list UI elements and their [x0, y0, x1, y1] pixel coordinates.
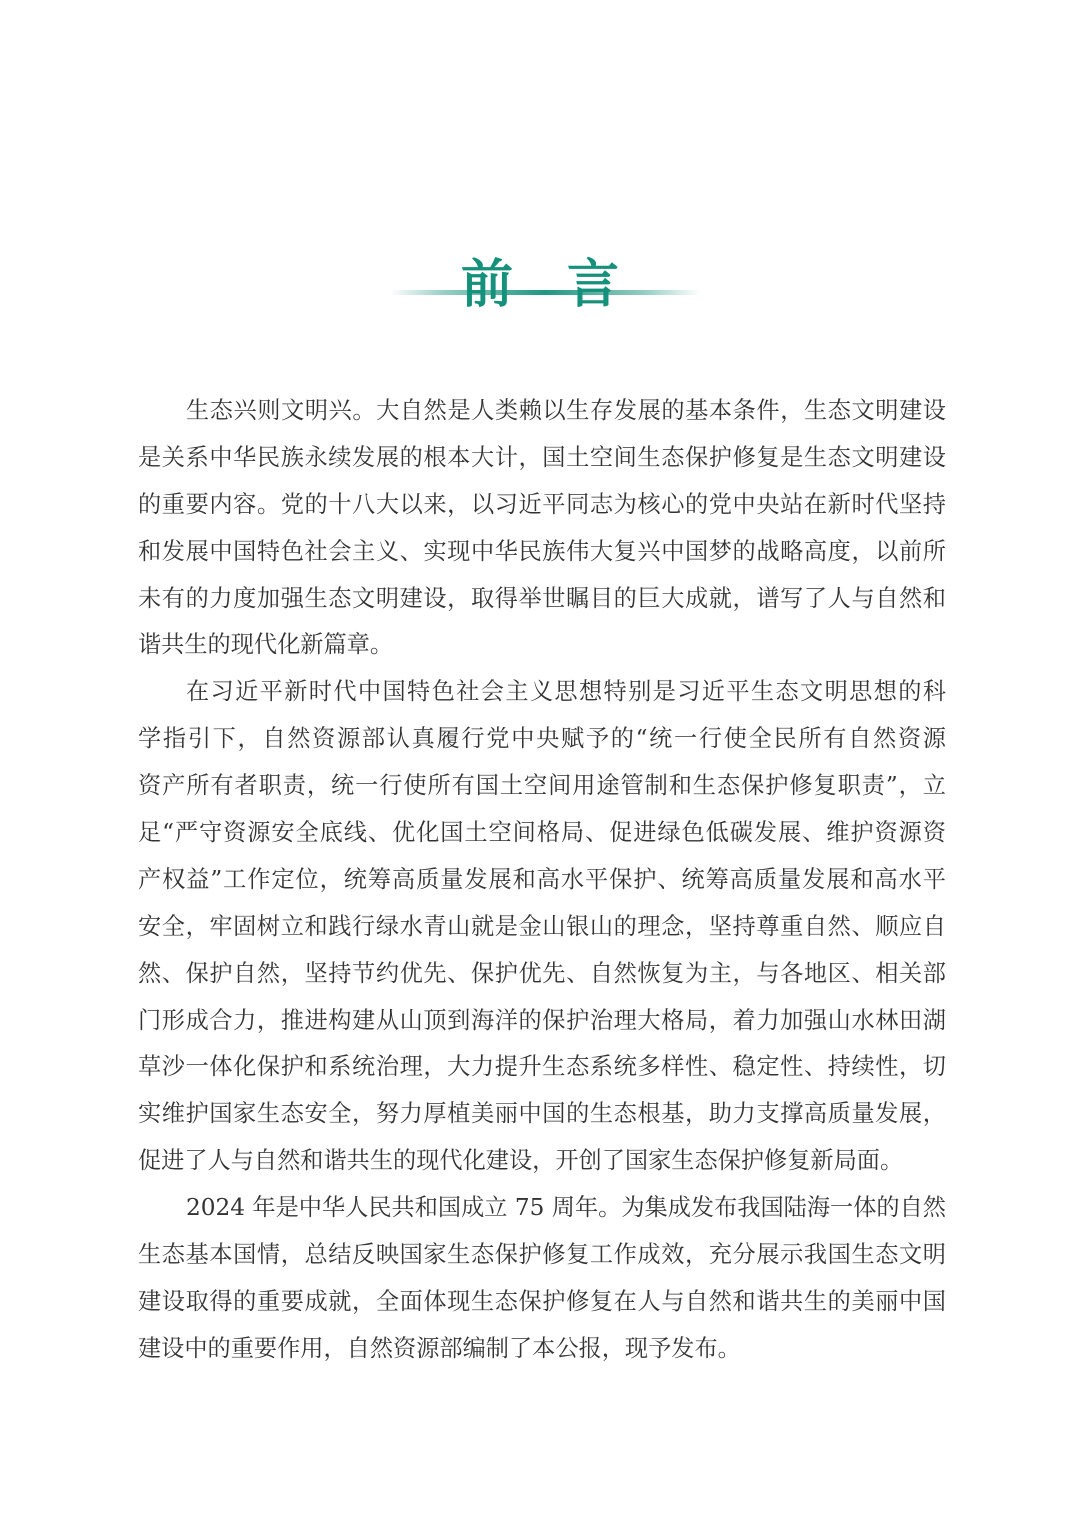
- paragraph-2: 在习近平新时代中国特色社会主义思想特别是习近平生态文明思想的科 学指引下，自然资…: [138, 669, 946, 1185]
- text-line: 生态基本国情，总结反映国家生态保护修复工作成效，充分展示我国生态文明: [138, 1232, 946, 1279]
- text-line: 实维护国家生态安全，努力厚植美丽中国的生态根基，助力支撑高质量发展，: [138, 1091, 946, 1138]
- title-char-1: 前: [459, 253, 515, 317]
- text-line: 在习近平新时代中国特色社会主义思想特别是习近平生态文明思想的科: [138, 669, 946, 716]
- paragraph-1: 生态兴则文明兴。大自然是人类赖以生存发展的基本条件，生态文明建设 是关系中华民族…: [138, 388, 946, 669]
- text-line: 然、保护自然，坚持节约优先、保护优先、自然恢复为主，与各地区、相关部: [138, 951, 946, 998]
- text-line: 资产所有者职责，统一行使所有国土空间用途管制和生态保护修复职责”，立: [138, 763, 946, 810]
- page-title: 前言: [0, 253, 1080, 317]
- preface-body: 生态兴则文明兴。大自然是人类赖以生存发展的基本条件，生态文明建设 是关系中华民族…: [138, 388, 946, 1373]
- text-line: 草沙一体化保护和系统治理，大力提升生态系统多样性、稳定性、持续性，切: [138, 1044, 946, 1091]
- text-line: 学指引下，自然资源部认真履行党中央赋予的“统一行使全民所有自然资源: [138, 716, 946, 763]
- text-line: 谐共生的现代化新篇章。: [138, 622, 946, 669]
- title-char-2: 言: [565, 253, 621, 317]
- text-line: 的重要内容。党的十八大以来，以习近平同志为核心的党中央站在新时代坚持: [138, 482, 946, 529]
- text-line: 建设中的重要作用，自然资源部编制了本公报，现予发布。: [138, 1326, 946, 1373]
- paragraph-3: 2024 年是中华人民共和国成立 75 周年。为集成发布我国陆海一体的自然 生态…: [138, 1185, 946, 1373]
- text-line: 和发展中国特色社会主义、实现中华民族伟大复兴中国梦的战略高度，以前所: [138, 529, 946, 576]
- text-line: 建设取得的重要成就，全面体现生态保护修复在人与自然和谐共生的美丽中国: [138, 1279, 946, 1326]
- text-line: 安全，牢固树立和践行绿水青山就是金山银山的理念，坚持尊重自然、顺应自: [138, 904, 946, 951]
- title-underline-divider: [390, 290, 700, 295]
- text-line: 产权益”工作定位，统筹高质量发展和高水平保护、统筹高质量发展和高水平: [138, 857, 946, 904]
- text-line: 未有的力度加强生态文明建设，取得举世瞩目的巨大成就，谱写了人与自然和: [138, 576, 946, 623]
- text-line: 促进了人与自然和谐共生的现代化建设，开创了国家生态保护修复新局面。: [138, 1138, 946, 1185]
- text-line: 门形成合力，推进构建从山顶到海洋的保护治理大格局，着力加强山水林田湖: [138, 998, 946, 1045]
- text-line: 是关系中华民族永续发展的根本大计，国土空间生态保护修复是生态文明建设: [138, 435, 946, 482]
- text-line: 足“严守资源安全底线、优化国土空间格局、促进绿色低碳发展、维护资源资: [138, 810, 946, 857]
- document-page: 前言 生态兴则文明兴。大自然是人类赖以生存发展的基本条件，生态文明建设 是关系中…: [0, 0, 1080, 1527]
- text-line: 2024 年是中华人民共和国成立 75 周年。为集成发布我国陆海一体的自然: [138, 1185, 946, 1232]
- text-line: 生态兴则文明兴。大自然是人类赖以生存发展的基本条件，生态文明建设: [138, 388, 946, 435]
